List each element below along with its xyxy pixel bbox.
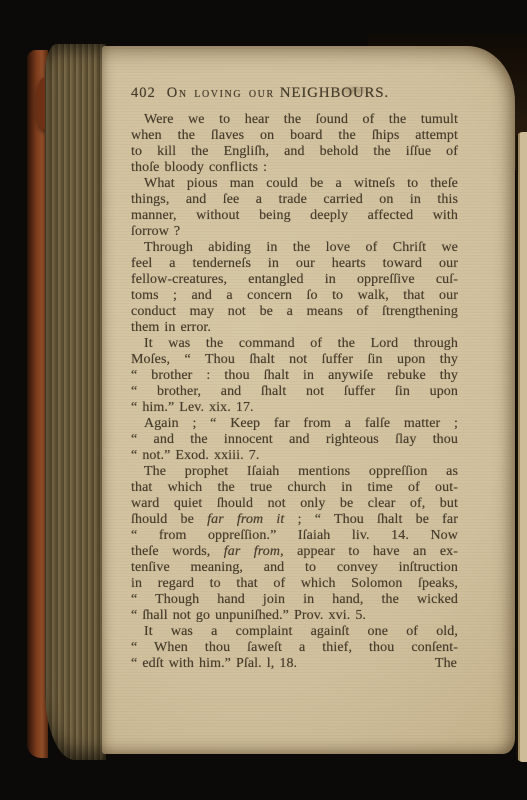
text-line: “ brother : thou ſhalt in anywiſe rebuke… bbox=[131, 368, 458, 384]
text-segment: Again ; “ Keep far from a falſe matter ; bbox=[144, 416, 458, 431]
text-line: “ brother, and ſhalt not ſuffer ſin upon bbox=[131, 384, 458, 400]
text-line: when the ſlaves on board the ſhips attem… bbox=[131, 128, 458, 144]
text-line: It was the command of the Lord through bbox=[131, 336, 458, 352]
catchword: The bbox=[435, 656, 457, 672]
text-line: things, and ſee a trade carried on in th… bbox=[131, 192, 458, 208]
page-number: 402 bbox=[131, 84, 156, 102]
text-line: It was a complaint againſt one of old, bbox=[131, 624, 458, 640]
text-segment: when the ſlaves on board the ſhips attem… bbox=[131, 128, 458, 143]
text-segment: toms ; and a concern ſo to walk, that ou… bbox=[131, 288, 458, 303]
text-line: Again ; “ Keep far from a falſe matter ; bbox=[131, 416, 458, 432]
text-line: ward quiet ſhould not only be clear of, … bbox=[131, 496, 458, 512]
text-segment: conduct may not be a means of ſtrengthen… bbox=[131, 304, 458, 319]
text-lines: Were we to hear the ſound of the tumultw… bbox=[131, 112, 458, 672]
text-segment: theſe words, bbox=[131, 544, 224, 559]
text-line: What pious man could be a witneſs to the… bbox=[131, 176, 458, 192]
text-segment: ſhould be bbox=[131, 512, 207, 527]
header-title-smallcaps: On loving our bbox=[167, 85, 275, 101]
text-segment: It was a complaint againſt one of old, bbox=[144, 624, 458, 639]
text-line: thoſe bloody conflicts : bbox=[131, 160, 458, 176]
text-segment: What pious man could be a witneſs to the… bbox=[144, 176, 458, 191]
text-segment: them in error. bbox=[131, 320, 211, 335]
text-line: “ from oppreſſion.” Iſaiah liv. 14. Now bbox=[131, 528, 458, 544]
text-segment: “ Though hand join in hand, the wicked bbox=[131, 592, 458, 607]
text-line: “ ſhall not go unpuniſhed.” Prov. xvi. 5… bbox=[131, 608, 458, 624]
text-line: theſe words, far from, appear to have an… bbox=[131, 544, 458, 560]
text-segment: “ ſhall not go unpuniſhed.” Prov. xvi. 5… bbox=[131, 608, 366, 623]
text-line: conduct may not be a means of ſtrengthen… bbox=[131, 304, 458, 320]
text-segment: “ When thou ſaweſt a thief, thou conſent… bbox=[131, 640, 458, 655]
text-segment: The prophet Iſaiah mentions oppreſſion a… bbox=[144, 464, 458, 479]
text-line: Through abiding in the love of Chriſt we bbox=[131, 240, 458, 256]
text-line: tenſive meaning, and to convey inſtructi… bbox=[131, 560, 458, 576]
text-line: The prophet Iſaiah mentions oppreſſion a… bbox=[131, 464, 458, 480]
text-line: to kill the Engliſh, and behold the iſſu… bbox=[131, 144, 458, 160]
text-block: 402 On loving our NEIGHBOURS. Were we to… bbox=[131, 84, 458, 672]
text-line: ſorrow ? bbox=[131, 224, 458, 240]
text-line: in regard to that of which Solomon ſpeak… bbox=[131, 576, 458, 592]
text-line: Moſes, “ Thou ſhalt not ſuffer ſin upon … bbox=[131, 352, 458, 368]
text-line: fellow-creatures, entangled in oppreſſiv… bbox=[131, 272, 458, 288]
text-segment: tenſive meaning, and to convey inſtructi… bbox=[131, 560, 458, 575]
text-segment: to kill the Engliſh, and behold the iſſu… bbox=[131, 144, 458, 159]
facing-page-edge bbox=[516, 132, 527, 762]
text-line: “ him.” Lev. xix. 17. bbox=[131, 400, 458, 416]
text-segment: in regard to that of which Solomon ſpeak… bbox=[131, 576, 458, 591]
text-line: “ not.” Exod. xxiii. 7. bbox=[131, 448, 458, 464]
text-line: ſhould be far from it ; “ Thou ſhalt be … bbox=[131, 512, 458, 528]
text-line: “ edſt with him.” Pſal. l, 18.The bbox=[131, 656, 458, 672]
text-segment: that which the true church in time of ou… bbox=[131, 480, 458, 495]
book-photo: { "scene": { "colors": { "background": "… bbox=[0, 0, 527, 800]
header-title-caps: NEIGHBOURS. bbox=[280, 85, 389, 101]
text-segment: things, and ſee a trade carried on in th… bbox=[131, 192, 458, 207]
text-line: them in error. bbox=[131, 320, 458, 336]
text-line: feel a tenderneſs in our hearts toward o… bbox=[131, 256, 458, 272]
text-line: manner, without being deeply affected wi… bbox=[131, 208, 458, 224]
text-line: that which the true church in time of ou… bbox=[131, 480, 458, 496]
text-segment: thoſe bloody conflicts : bbox=[131, 160, 267, 175]
text-line: toms ; and a concern ſo to walk, that ou… bbox=[131, 288, 458, 304]
text-segment: ; “ Thou ſhalt be far bbox=[284, 512, 458, 527]
text-line: “ When thou ſaweſt a thief, thou conſent… bbox=[131, 640, 458, 656]
text-line: “ and the innocent and righteous ſlay th… bbox=[131, 432, 458, 448]
text-line: Were we to hear the ſound of the tumult bbox=[131, 112, 458, 128]
text-segment: “ and the innocent and righteous ſlay th… bbox=[131, 432, 458, 447]
text-segment: , appear to have an ex- bbox=[280, 544, 458, 559]
text-segment: Moſes, “ Thou ſhalt not ſuffer ſin upon … bbox=[131, 352, 458, 367]
text-segment: “ brother : thou ſhalt in anywiſe rebuke… bbox=[131, 368, 458, 383]
page-edges-stack bbox=[45, 44, 106, 760]
text-segment: Through abiding in the love of Chriſt we bbox=[144, 240, 458, 255]
text-segment: “ from oppreſſion.” Iſaiah liv. 14. Now bbox=[131, 528, 458, 543]
text-segment: “ him.” Lev. xix. 17. bbox=[131, 400, 254, 415]
italic-phrase: far from it bbox=[207, 512, 284, 527]
text-segment: ſorrow ? bbox=[131, 224, 180, 239]
running-header: 402 On loving our NEIGHBOURS. bbox=[131, 84, 458, 103]
text-segment: feel a tenderneſs in our hearts toward o… bbox=[131, 256, 458, 271]
text-segment: Were we to hear the ſound of the tumult bbox=[144, 112, 458, 127]
text-segment: “ not.” Exod. xxiii. 7. bbox=[131, 448, 259, 463]
text-segment: ward quiet ſhould not only be clear of, … bbox=[131, 496, 458, 511]
text-segment: fellow-creatures, entangled in oppreſſiv… bbox=[131, 272, 458, 287]
text-segment: “ brother, and ſhalt not ſuffer ſin upon bbox=[131, 384, 458, 399]
text-segment: It was the command of the Lord through bbox=[144, 336, 458, 351]
italic-phrase: far from bbox=[224, 544, 280, 559]
text-line: “ Though hand join in hand, the wicked bbox=[131, 592, 458, 608]
text-segment: “ edſt with him.” Pſal. l, 18. bbox=[131, 656, 297, 671]
text-segment: manner, without being deeply affected wi… bbox=[131, 208, 458, 223]
